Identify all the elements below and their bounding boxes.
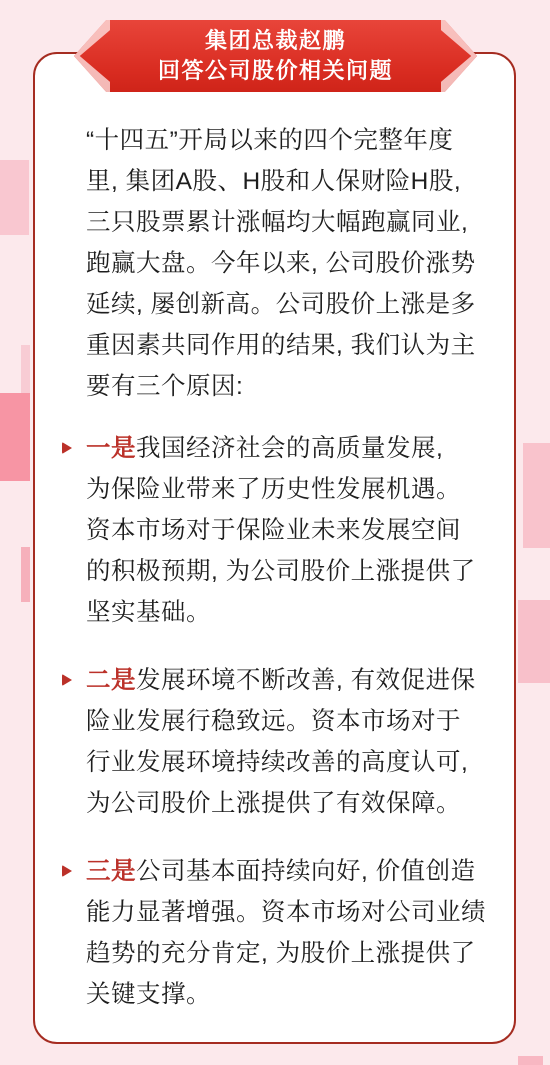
bullet-item-3: 三是公司基本面持续向好, 价值创造 能力显著增强。资本市场对公司业绩 趋势的充分… xyxy=(86,851,490,1015)
bullet-lead-1: 一是 xyxy=(86,435,136,462)
decor-block xyxy=(21,345,30,395)
content-card: “十四五”开局以来的四个完整年度 里, 集团A股、H股和人保财险H股, 三只股票… xyxy=(33,52,516,1044)
bullet-text-2: 发展环境不断改善, 有效促进保 险业发展行稳致远。资本市场对于 行业发展环境持续… xyxy=(86,667,476,817)
bullet-item-2: 二是发展环境不断改善, 有效促进保 险业发展行稳致远。资本市场对于 行业发展环境… xyxy=(86,660,490,824)
triangle-bullet-icon xyxy=(62,674,72,686)
bullet-paragraph: 二是发展环境不断改善, 有效促进保 险业发展行稳致远。资本市场对于 行业发展环境… xyxy=(86,660,490,824)
intro-paragraph: “十四五”开局以来的四个完整年度 里, 集团A股、H股和人保财险H股, 三只股票… xyxy=(86,120,490,407)
bullet-paragraph: 三是公司基本面持续向好, 价值创造 能力显著增强。资本市场对公司业绩 趋势的充分… xyxy=(86,851,490,1015)
ribbon-title-line2: 回答公司股价相关问题 xyxy=(74,56,477,86)
decor-block xyxy=(0,160,29,235)
header-ribbon: 集团总裁赵鹏 回答公司股价相关问题 xyxy=(74,20,477,92)
triangle-bullet-icon xyxy=(62,442,72,454)
page-background: “十四五”开局以来的四个完整年度 里, 集团A股、H股和人保财险H股, 三只股票… xyxy=(0,0,550,1065)
decor-block xyxy=(0,393,30,481)
bullet-item-1: 一是我国经济社会的高质量发展, 为保险业带来了历史性发展机遇。 资本市场对于保险… xyxy=(86,428,490,633)
bullet-lead-2: 二是 xyxy=(86,667,136,694)
bullet-text-3: 公司基本面持续向好, 价值创造 能力显著增强。资本市场对公司业绩 趋势的充分肯定… xyxy=(86,858,486,1008)
bullet-text-1: 我国经济社会的高质量发展, 为保险业带来了历史性发展机遇。 资本市场对于保险业未… xyxy=(86,435,476,626)
decor-block xyxy=(518,1056,543,1065)
decor-block xyxy=(518,600,550,683)
bullet-lead-3: 三是 xyxy=(86,858,136,885)
ribbon-title-line1: 集团总裁赵鹏 xyxy=(74,26,477,56)
triangle-bullet-icon xyxy=(62,865,72,877)
article-body: “十四五”开局以来的四个完整年度 里, 集团A股、H股和人保财险H股, 三只股票… xyxy=(86,120,490,1042)
decor-block xyxy=(523,443,550,548)
decor-block xyxy=(21,547,30,602)
bullet-paragraph: 一是我国经济社会的高质量发展, 为保险业带来了历史性发展机遇。 资本市场对于保险… xyxy=(86,428,490,633)
ribbon-title: 集团总裁赵鹏 回答公司股价相关问题 xyxy=(74,20,477,86)
